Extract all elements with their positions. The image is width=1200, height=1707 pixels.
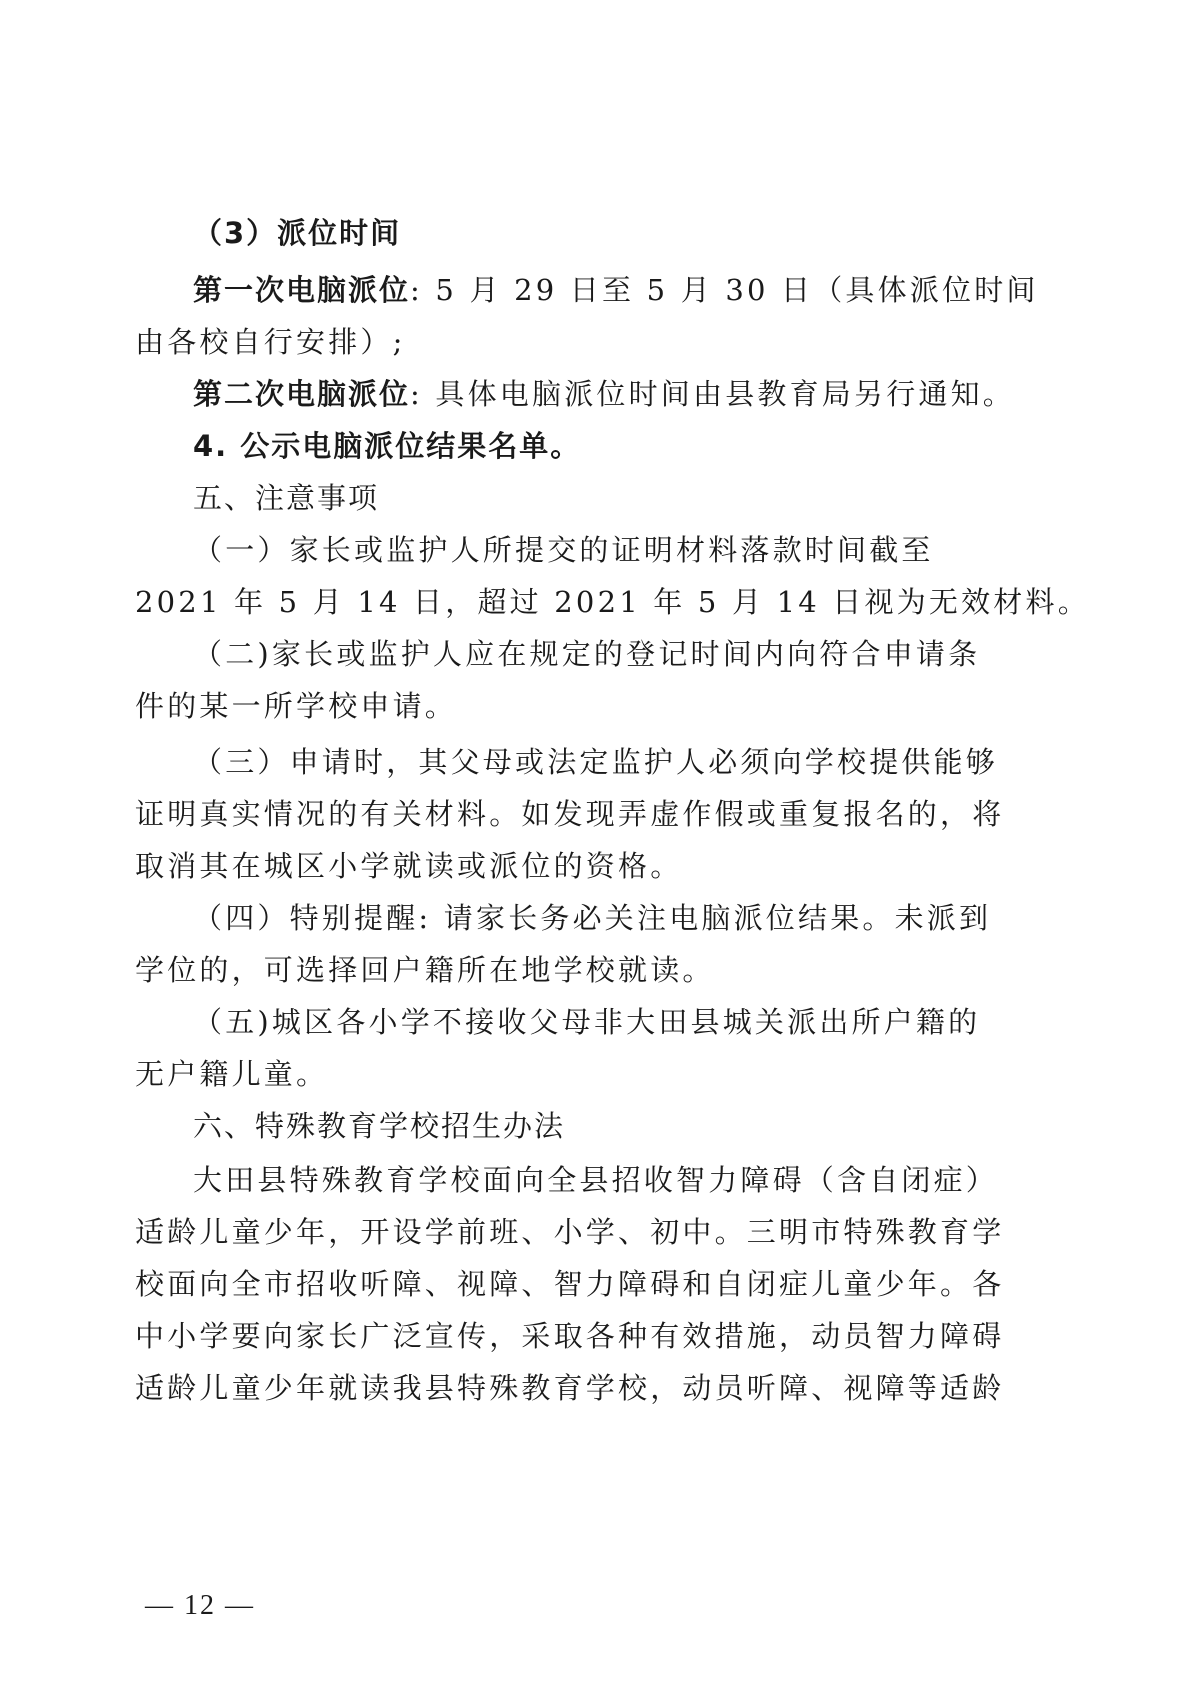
paragraph-line: 大田县特殊教育学校面向全县招收智力障碍（含自闭症） <box>193 1160 920 1200</box>
paragraph-line: 无户籍儿童。 <box>135 1054 920 1094</box>
paragraph-line: 第二次电脑派位: 具体电脑派位时间由县教育局另行通知。 <box>193 374 920 414</box>
subheading-publish-results: 4. 公示电脑派位结果名单。 <box>193 426 920 466</box>
paragraph-line: 中小学要向家长广泛宣传，采取各种有效措施，动员智力障碍 <box>135 1316 920 1356</box>
page-number: — 12 — <box>145 1590 255 1622</box>
document-page: （3）派位时间 第一次电脑派位: 5 月 29 日至 5 月 30 日（具体派位… <box>0 0 1200 1707</box>
paragraph-line: 适龄儿童少年，开设学前班、小学、初中。三明市特殊教育学 <box>135 1212 920 1252</box>
paragraph-line: （一）家长或监护人所提交的证明材料落款时间截至 <box>193 530 920 570</box>
line-text: : 5 月 29 日至 5 月 30 日（具体派位时间 <box>410 273 1039 307</box>
bold-label: 第一次电脑派位 <box>193 273 410 307</box>
line-text: : 具体电脑派位时间由县教育局另行通知。 <box>410 377 1015 411</box>
paragraph-line: 学位的，可选择回户籍所在地学校就读。 <box>135 950 920 990</box>
paragraph-line: 取消其在城区小学就读或派位的资格。 <box>135 846 920 886</box>
paragraph-line: 证明真实情况的有关材料。如发现弄虚作假或重复报名的，将 <box>135 794 920 834</box>
paragraph-line: （三）申请时，其父母或法定监护人必须向学校提供能够 <box>193 742 920 782</box>
paragraph-line: 件的某一所学校申请。 <box>135 686 920 726</box>
paragraph-line: 适龄儿童少年就读我县特殊教育学校，动员听障、视障等适龄 <box>135 1368 920 1408</box>
subheading-dispatch-time: （3）派位时间 <box>193 213 920 253</box>
section-heading-special-education: 六、特殊教育学校招生办法 <box>193 1106 920 1146</box>
paragraph-line: （二)家长或监护人应在规定的登记时间内向符合申请条 <box>193 634 920 674</box>
paragraph-line: 由各校自行安排）; <box>135 322 920 362</box>
paragraph-line: （五)城区各小学不接收父母非大田县城关派出所户籍的 <box>193 1002 920 1042</box>
section-heading-notes: 五、注意事项 <box>193 478 920 518</box>
paragraph-line: 第一次电脑派位: 5 月 29 日至 5 月 30 日（具体派位时间 <box>193 270 920 310</box>
bold-label: 第二次电脑派位 <box>193 377 410 411</box>
paragraph-line: 校面向全市招收听障、视障、智力障碍和自闭症儿童少年。各 <box>135 1264 920 1304</box>
paragraph-line: （四）特别提醒: 请家长务必关注电脑派位结果。未派到 <box>193 898 920 938</box>
paragraph-line: 2021 年 5 月 14 日，超过 2021 年 5 月 14 日视为无效材料… <box>135 582 920 622</box>
